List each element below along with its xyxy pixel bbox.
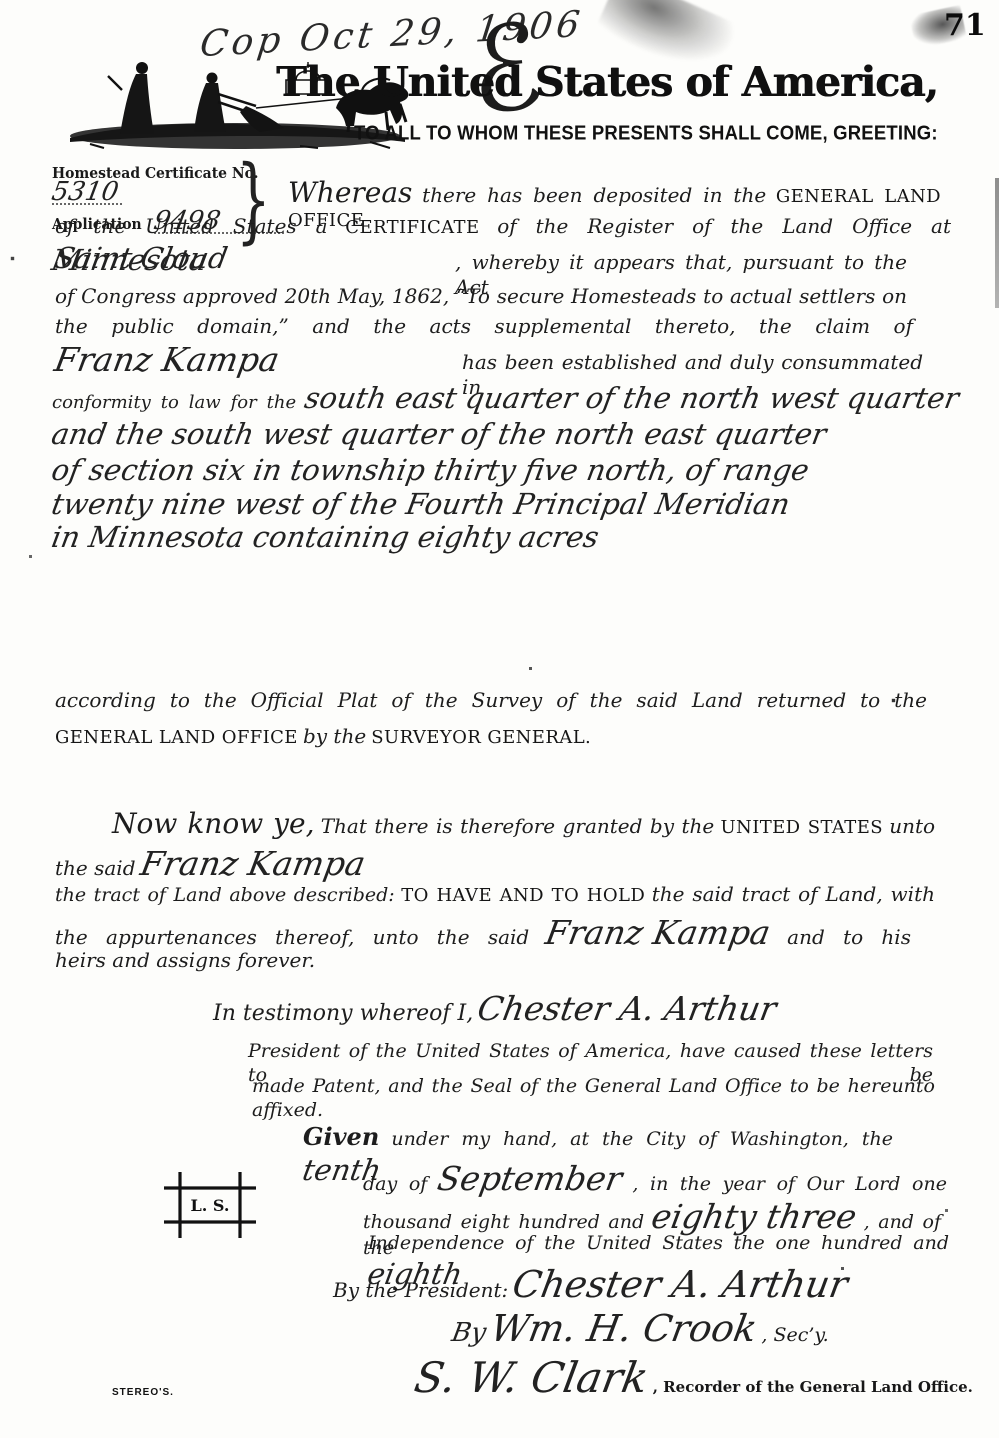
state-handwritten: Minnesota bbox=[49, 242, 210, 278]
tract-description-3-handwritten: of section six in township thirty five n… bbox=[49, 452, 812, 488]
whereas-h: conformity to law for the bbox=[52, 392, 296, 413]
seal-ls-text: L. S. bbox=[191, 1196, 230, 1215]
grant-g: and to his bbox=[787, 925, 911, 949]
whereas-e: of Congress approved 20th May, 1862, “To… bbox=[55, 284, 907, 308]
secretary-title: , Sec’y. bbox=[761, 1324, 828, 1346]
whereas-a: there has been deposited in the bbox=[422, 183, 766, 207]
grant-line-5: heirs and assigns forever. bbox=[55, 948, 315, 973]
land-description-line-5: in Minnesota containing eighty acres bbox=[52, 519, 599, 555]
whereas-line-3-state: Minnesota bbox=[52, 242, 207, 278]
testimony-a: In testimony whereof I, bbox=[213, 1001, 473, 1026]
grant-line-2: the said Franz Kampa bbox=[55, 843, 365, 884]
president-signature-handwritten: Chester A. Arthur bbox=[509, 1262, 851, 1308]
president-name-handwritten: Chester A. Arthur bbox=[475, 988, 780, 1029]
grantee-name-handwritten: Franz Kampa bbox=[137, 843, 368, 884]
grant-c: the said bbox=[55, 856, 136, 880]
tract-description-1-handwritten: south east quarter of the north west qua… bbox=[302, 380, 962, 416]
testimony-line-1: In testimony whereof I, Chester A. Arthu… bbox=[213, 988, 776, 1029]
given-opening: Given bbox=[303, 1122, 379, 1151]
plat-line-1: according to the Official Plat of the Su… bbox=[55, 688, 927, 713]
to-have-and-to-hold-caps: TO HAVE AND TO HOLD bbox=[401, 885, 645, 906]
grant-h: heirs and assigns forever. bbox=[55, 948, 315, 972]
page-number: 71 bbox=[944, 8, 986, 43]
general-land-office-caps-2: GENERAL LAND OFFICE bbox=[55, 727, 298, 748]
land-description-line-2: and the south west quarter of the north … bbox=[52, 416, 869, 452]
tract-description-5-handwritten: in Minnesota containing eighty acres bbox=[49, 519, 602, 555]
whereas-f: the public domain,” and the acts supplem… bbox=[55, 314, 913, 338]
given-c: , in the year of Our Lord one bbox=[632, 1173, 947, 1195]
land-description-line-4: twenty nine west of the Fourth Principal… bbox=[52, 486, 877, 522]
given-b: day of bbox=[363, 1173, 427, 1195]
whereas-c: of the Register of the Land Office at bbox=[497, 214, 951, 238]
now-know-ye-opening: Now know ye, bbox=[112, 807, 314, 840]
land-description-line-3: of section six in township thirty five n… bbox=[52, 452, 877, 488]
testimony-line-3: made Patent, and the Seal of the General… bbox=[252, 1075, 935, 1123]
testimony-c: made Patent, and the Seal of the General… bbox=[252, 1075, 935, 1121]
given-d: thousand eight hundred and bbox=[363, 1211, 644, 1233]
plat-a: according to the Official Plat of the Su… bbox=[55, 688, 927, 712]
whereas-line-4: of Congress approved 20th May, 1862, “To… bbox=[55, 284, 907, 309]
tract-description-4-handwritten: twenty nine west of the Fourth Principal… bbox=[49, 486, 793, 522]
claimant-name-handwritten: Franz Kampa bbox=[51, 339, 282, 380]
recorder-signature-line: S. W. Clark , Recorder of the General La… bbox=[415, 1352, 973, 1405]
surveyor-general-caps: SURVEYOR GENERAL. bbox=[371, 727, 591, 748]
grant-a: That there is therefore granted by the bbox=[321, 814, 715, 838]
grantee-name-2-handwritten: Franz Kampa bbox=[543, 912, 774, 953]
president-signature-line: By the President: Chester A. Arthur bbox=[333, 1262, 847, 1308]
seal-hash-icon: L. S. bbox=[164, 1172, 256, 1238]
grant-f: the appurtenances thereof, unto the said bbox=[55, 925, 529, 949]
whereas-b: of the United States a bbox=[55, 214, 328, 238]
grant-b: unto bbox=[889, 814, 935, 838]
given-f: Independence of the United States the on… bbox=[368, 1232, 949, 1254]
document-title: The United States of America, bbox=[276, 58, 938, 106]
secretary-signature-handwritten: Wm. H. Crook bbox=[487, 1306, 761, 1352]
salutation-line: TO ALL TO WHOM THESE PRESENTS SHALL COME… bbox=[354, 121, 938, 145]
grant-line-1: Now know ye, That there is therefore gra… bbox=[112, 806, 935, 841]
recorder-title: , Recorder of the General Land Office. bbox=[653, 1378, 973, 1396]
land-description-line-1: conformity to law for the south east qua… bbox=[52, 380, 959, 416]
by-the-president-label: By the President: bbox=[333, 1278, 508, 1302]
land-patent-document: Cop Oct 29, 1906 ℰ 71 bbox=[0, 0, 999, 1438]
tract-description-2-handwritten: and the south west quarter of the north … bbox=[49, 416, 829, 452]
month-handwritten: September bbox=[434, 1158, 625, 1199]
recorder-signature-handwritten: S. W. Clark bbox=[410, 1352, 652, 1405]
scan-edge-artifact bbox=[995, 178, 999, 308]
grant-d: the tract of Land above described: bbox=[55, 884, 395, 906]
paper-specks bbox=[0, 0, 1, 1]
given-line-2: day of September , in the year of Our Lo… bbox=[363, 1158, 947, 1199]
printer-mark: STEREO'S. bbox=[112, 1387, 174, 1398]
united-states-caps: UNITED STATES bbox=[720, 817, 883, 838]
secretary-signature-line: By Wm. H. Crook , Sec’y. bbox=[452, 1306, 829, 1352]
homestead-certificate-number: 5310 bbox=[50, 182, 120, 203]
plat-line-2: GENERAL LAND OFFICE by the SURVEYOR GENE… bbox=[55, 724, 591, 750]
grant-line-3: the tract of Land above described: TO HA… bbox=[55, 882, 935, 908]
grant-e: the said tract of Land, with bbox=[652, 882, 935, 906]
certificate-caps: CERTIFICATE bbox=[345, 217, 479, 238]
ls-seal: L. S. bbox=[164, 1172, 256, 1242]
plat-b: by the bbox=[303, 724, 366, 748]
given-a: under my hand, at the City of Washington… bbox=[391, 1128, 893, 1150]
by-label-handwritten: By bbox=[449, 1317, 489, 1350]
whereas-opening: Whereas bbox=[288, 176, 412, 209]
